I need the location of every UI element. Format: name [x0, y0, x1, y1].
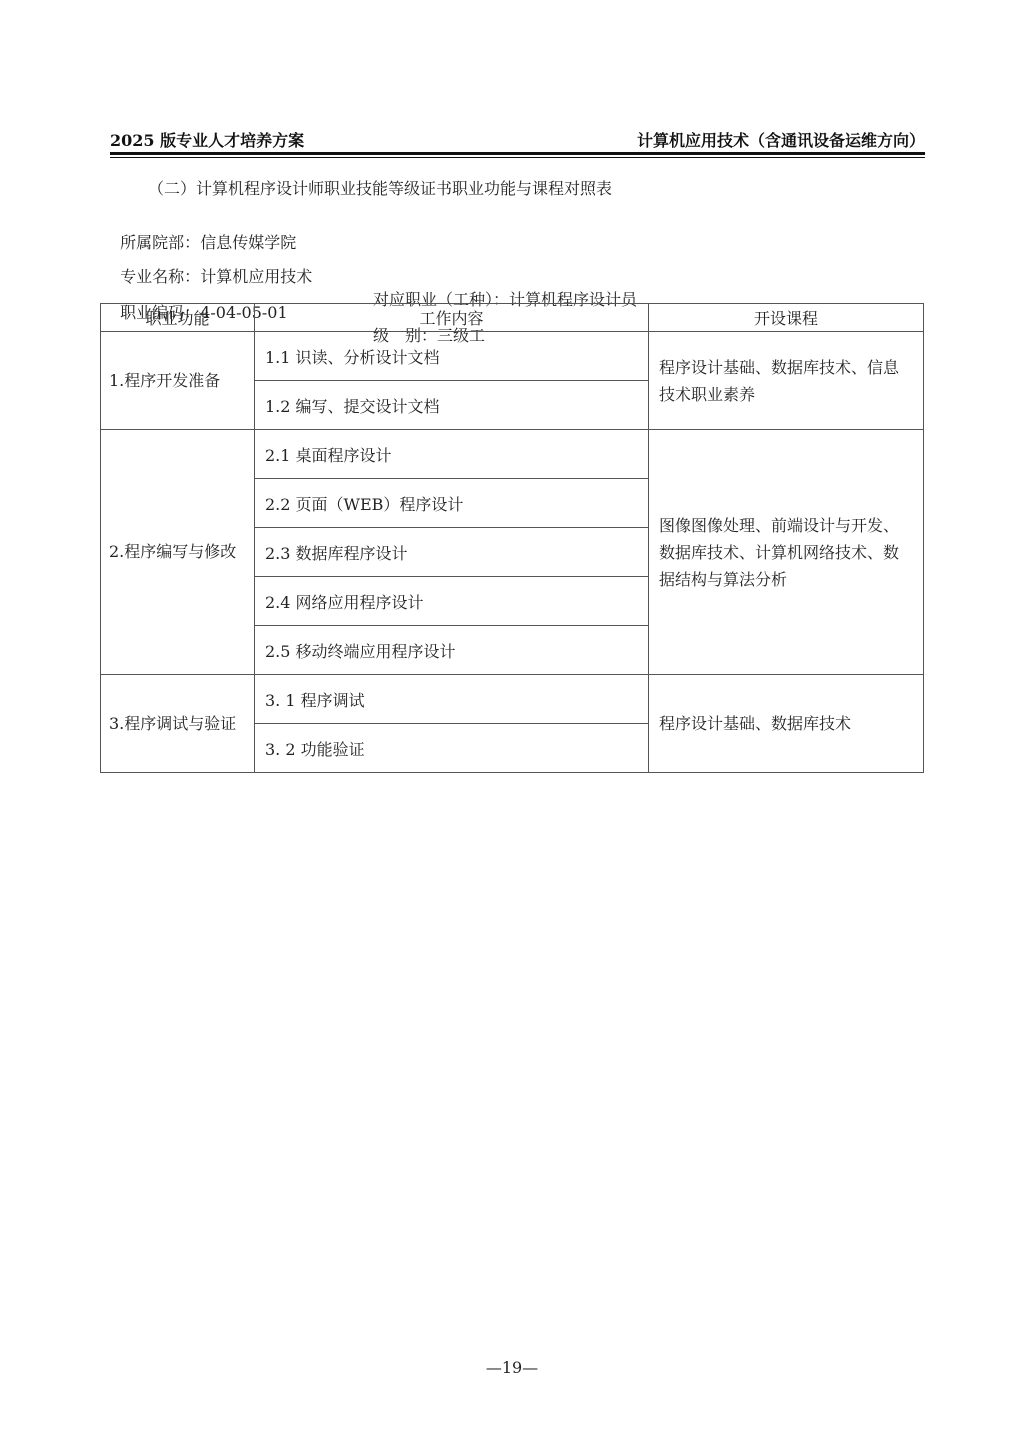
page-header: 2025 版专业人才培养方案 计算机应用技术（含通讯设备运维方向） — [110, 126, 925, 150]
header-rule — [110, 152, 925, 155]
page-number: —19— — [0, 1358, 1024, 1377]
header-course: 开设课程 — [649, 304, 924, 332]
task-cell: 2.4 网络应用程序设计 — [255, 577, 649, 626]
table-row: 1.程序开发准备 1.1 识读、分析设计文档 程序设计基础、数据库技术、信息技术… — [101, 332, 924, 381]
header-function: 职业功能 — [101, 304, 255, 332]
function-course-table: 职业功能 工作内容 开设课程 1.程序开发准备 1.1 识读、分析设计文档 程序… — [100, 303, 924, 773]
header-task: 工作内容 — [255, 304, 649, 332]
function-cell: 1.程序开发准备 — [101, 332, 255, 430]
task-cell: 1.1 识读、分析设计文档 — [255, 332, 649, 381]
task-cell: 2.1 桌面程序设计 — [255, 430, 649, 479]
course-cell: 程序设计基础、数据库技术、信息技术职业素养 — [649, 332, 924, 430]
table-row: 2.程序编写与修改 2.1 桌面程序设计 图像图像处理、前端设计与开发、数据库技… — [101, 430, 924, 479]
task-cell: 2.3 数据库程序设计 — [255, 528, 649, 577]
course-cell: 程序设计基础、数据库技术 — [649, 675, 924, 773]
table-row: 3.程序调试与验证 3. 1 程序调试 程序设计基础、数据库技术 — [101, 675, 924, 724]
course-cell: 图像图像处理、前端设计与开发、数据库技术、计算机网络技术、数据结构与算法分析 — [649, 430, 924, 675]
task-cell: 2.5 移动终端应用程序设计 — [255, 626, 649, 675]
task-cell: 3. 2 功能验证 — [255, 724, 649, 773]
function-cell: 3.程序调试与验证 — [101, 675, 255, 773]
header-major-title: 计算机应用技术（含通讯设备运维方向） — [637, 128, 925, 151]
task-cell: 3. 1 程序调试 — [255, 675, 649, 724]
section-title: （二）计算机程序设计师职业技能等级证书职业功能与课程对照表 — [148, 176, 612, 199]
header-doc-title: 2025 版专业人才培养方案 — [110, 128, 304, 151]
function-cell: 2.程序编写与修改 — [101, 430, 255, 675]
task-cell: 2.2 页面（WEB）程序设计 — [255, 479, 649, 528]
header-rule-thin — [110, 157, 925, 158]
table-header-row: 职业功能 工作内容 开设课程 — [101, 304, 924, 332]
task-cell: 1.2 编写、提交设计文档 — [255, 381, 649, 430]
